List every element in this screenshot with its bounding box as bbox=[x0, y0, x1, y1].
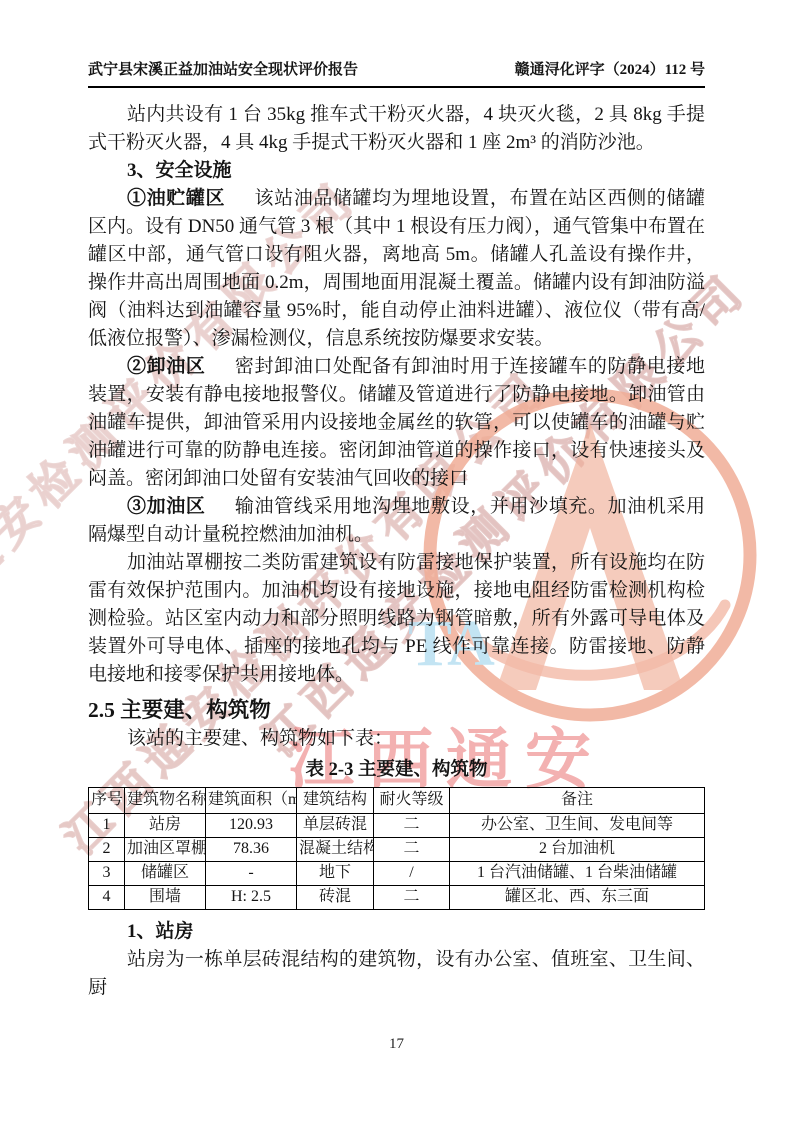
col-header-building-name: 建筑物名称 bbox=[125, 788, 206, 814]
heading-safety-facilities: 3、安全设施 bbox=[88, 157, 705, 185]
header-report-title: 武宁县宋溪正益加油站安全现状评价报告 bbox=[88, 58, 358, 79]
table-row: 4 围墙 H: 2.5 砖混 二 罐区北、西、东三面 bbox=[89, 886, 705, 910]
document-page: 江西通安检测评价有限公司 江西通安检测评价有限公司 江西通安检测评价有限公司 T… bbox=[0, 0, 793, 1122]
zone-label-unloading: ②卸油区 bbox=[127, 356, 205, 377]
buildings-table: 序号 建筑物名称 建筑面积（m²） 建筑结构 耐火等级 备注 1 站房 120.… bbox=[88, 787, 705, 910]
paragraph-lightning-protection: 加油站罩棚按二类防雷建筑设有防雷接地保护装置，所有设施均在防雷有效保护范围内。加… bbox=[88, 549, 705, 689]
page-header: 武宁县宋溪正益加油站安全现状评价报告 赣通浔化评字（2024）112 号 bbox=[88, 58, 705, 88]
zone-text-tank: 该站油品储罐均为埋地设置，布置在站区西侧的储罐区内。设有 DN50 通气管 3 … bbox=[88, 188, 705, 349]
paragraph-tank-zone: ①油贮罐区该站油品储罐均为埋地设置，布置在站区西侧的储罐区内。设有 DN50 通… bbox=[88, 185, 705, 353]
table-header-row: 序号 建筑物名称 建筑面积（m²） 建筑结构 耐火等级 备注 bbox=[89, 788, 705, 814]
table-row: 2 加油区罩棚 78.36 混凝土结构 二 2 台加油机 bbox=[89, 838, 705, 862]
col-header-index: 序号 bbox=[89, 788, 125, 814]
paragraph-unloading-zone: ②卸油区密封卸油口处配备有卸油时用于连接罐车的防静电接地装置，安装有静电接地报警… bbox=[88, 353, 705, 493]
col-header-remarks: 备注 bbox=[450, 788, 705, 814]
zone-label-refueling: ③加油区 bbox=[127, 496, 205, 517]
paragraph-fire-equipment: 站内共设有 1 台 35kg 推车式干粉灭火器，4 块灭火毯，2 具 8kg 手… bbox=[88, 101, 705, 157]
heading-station-house: 1、站房 bbox=[88, 918, 705, 946]
page-content: 武宁县宋溪正益加油站安全现状评价报告 赣通浔化评字（2024）112 号 站内共… bbox=[88, 58, 705, 1002]
header-document-number: 赣通浔化评字（2024）112 号 bbox=[515, 58, 705, 79]
col-header-fire-rating: 耐火等级 bbox=[374, 788, 450, 814]
table-title: 表 2-3 主要建、构筑物 bbox=[88, 756, 705, 784]
table-row: 3 储罐区 - 地下 / 1 台汽油储罐、1 台柴油储罐 bbox=[89, 862, 705, 886]
paragraph-station-house: 站房为一栋单层砖混结构的建筑物，设有办公室、值班室、卫生间、厨 bbox=[88, 946, 705, 1002]
col-header-structure: 建筑结构 bbox=[297, 788, 374, 814]
paragraph-refueling-zone: ③加油区输油管线采用地沟埋地敷设，并用沙填充。加油机采用隔爆型自动计量税控燃油加… bbox=[88, 493, 705, 549]
col-header-area: 建筑面积（m²） bbox=[206, 788, 297, 814]
zone-label-tank: ①油贮罐区 bbox=[127, 188, 225, 209]
table-row: 1 站房 120.93 单层砖混 二 办公室、卫生间、发电间等 bbox=[89, 814, 705, 838]
paragraph-table-intro: 该站的主要建、构筑物如下表： bbox=[88, 725, 705, 753]
heading-section-2-5: 2.5 主要建、构筑物 bbox=[88, 696, 705, 724]
page-number: 17 bbox=[0, 1036, 793, 1053]
body-text: 站内共设有 1 台 35kg 推车式干粉灭火器，4 块灭火毯，2 具 8kg 手… bbox=[88, 101, 705, 1002]
